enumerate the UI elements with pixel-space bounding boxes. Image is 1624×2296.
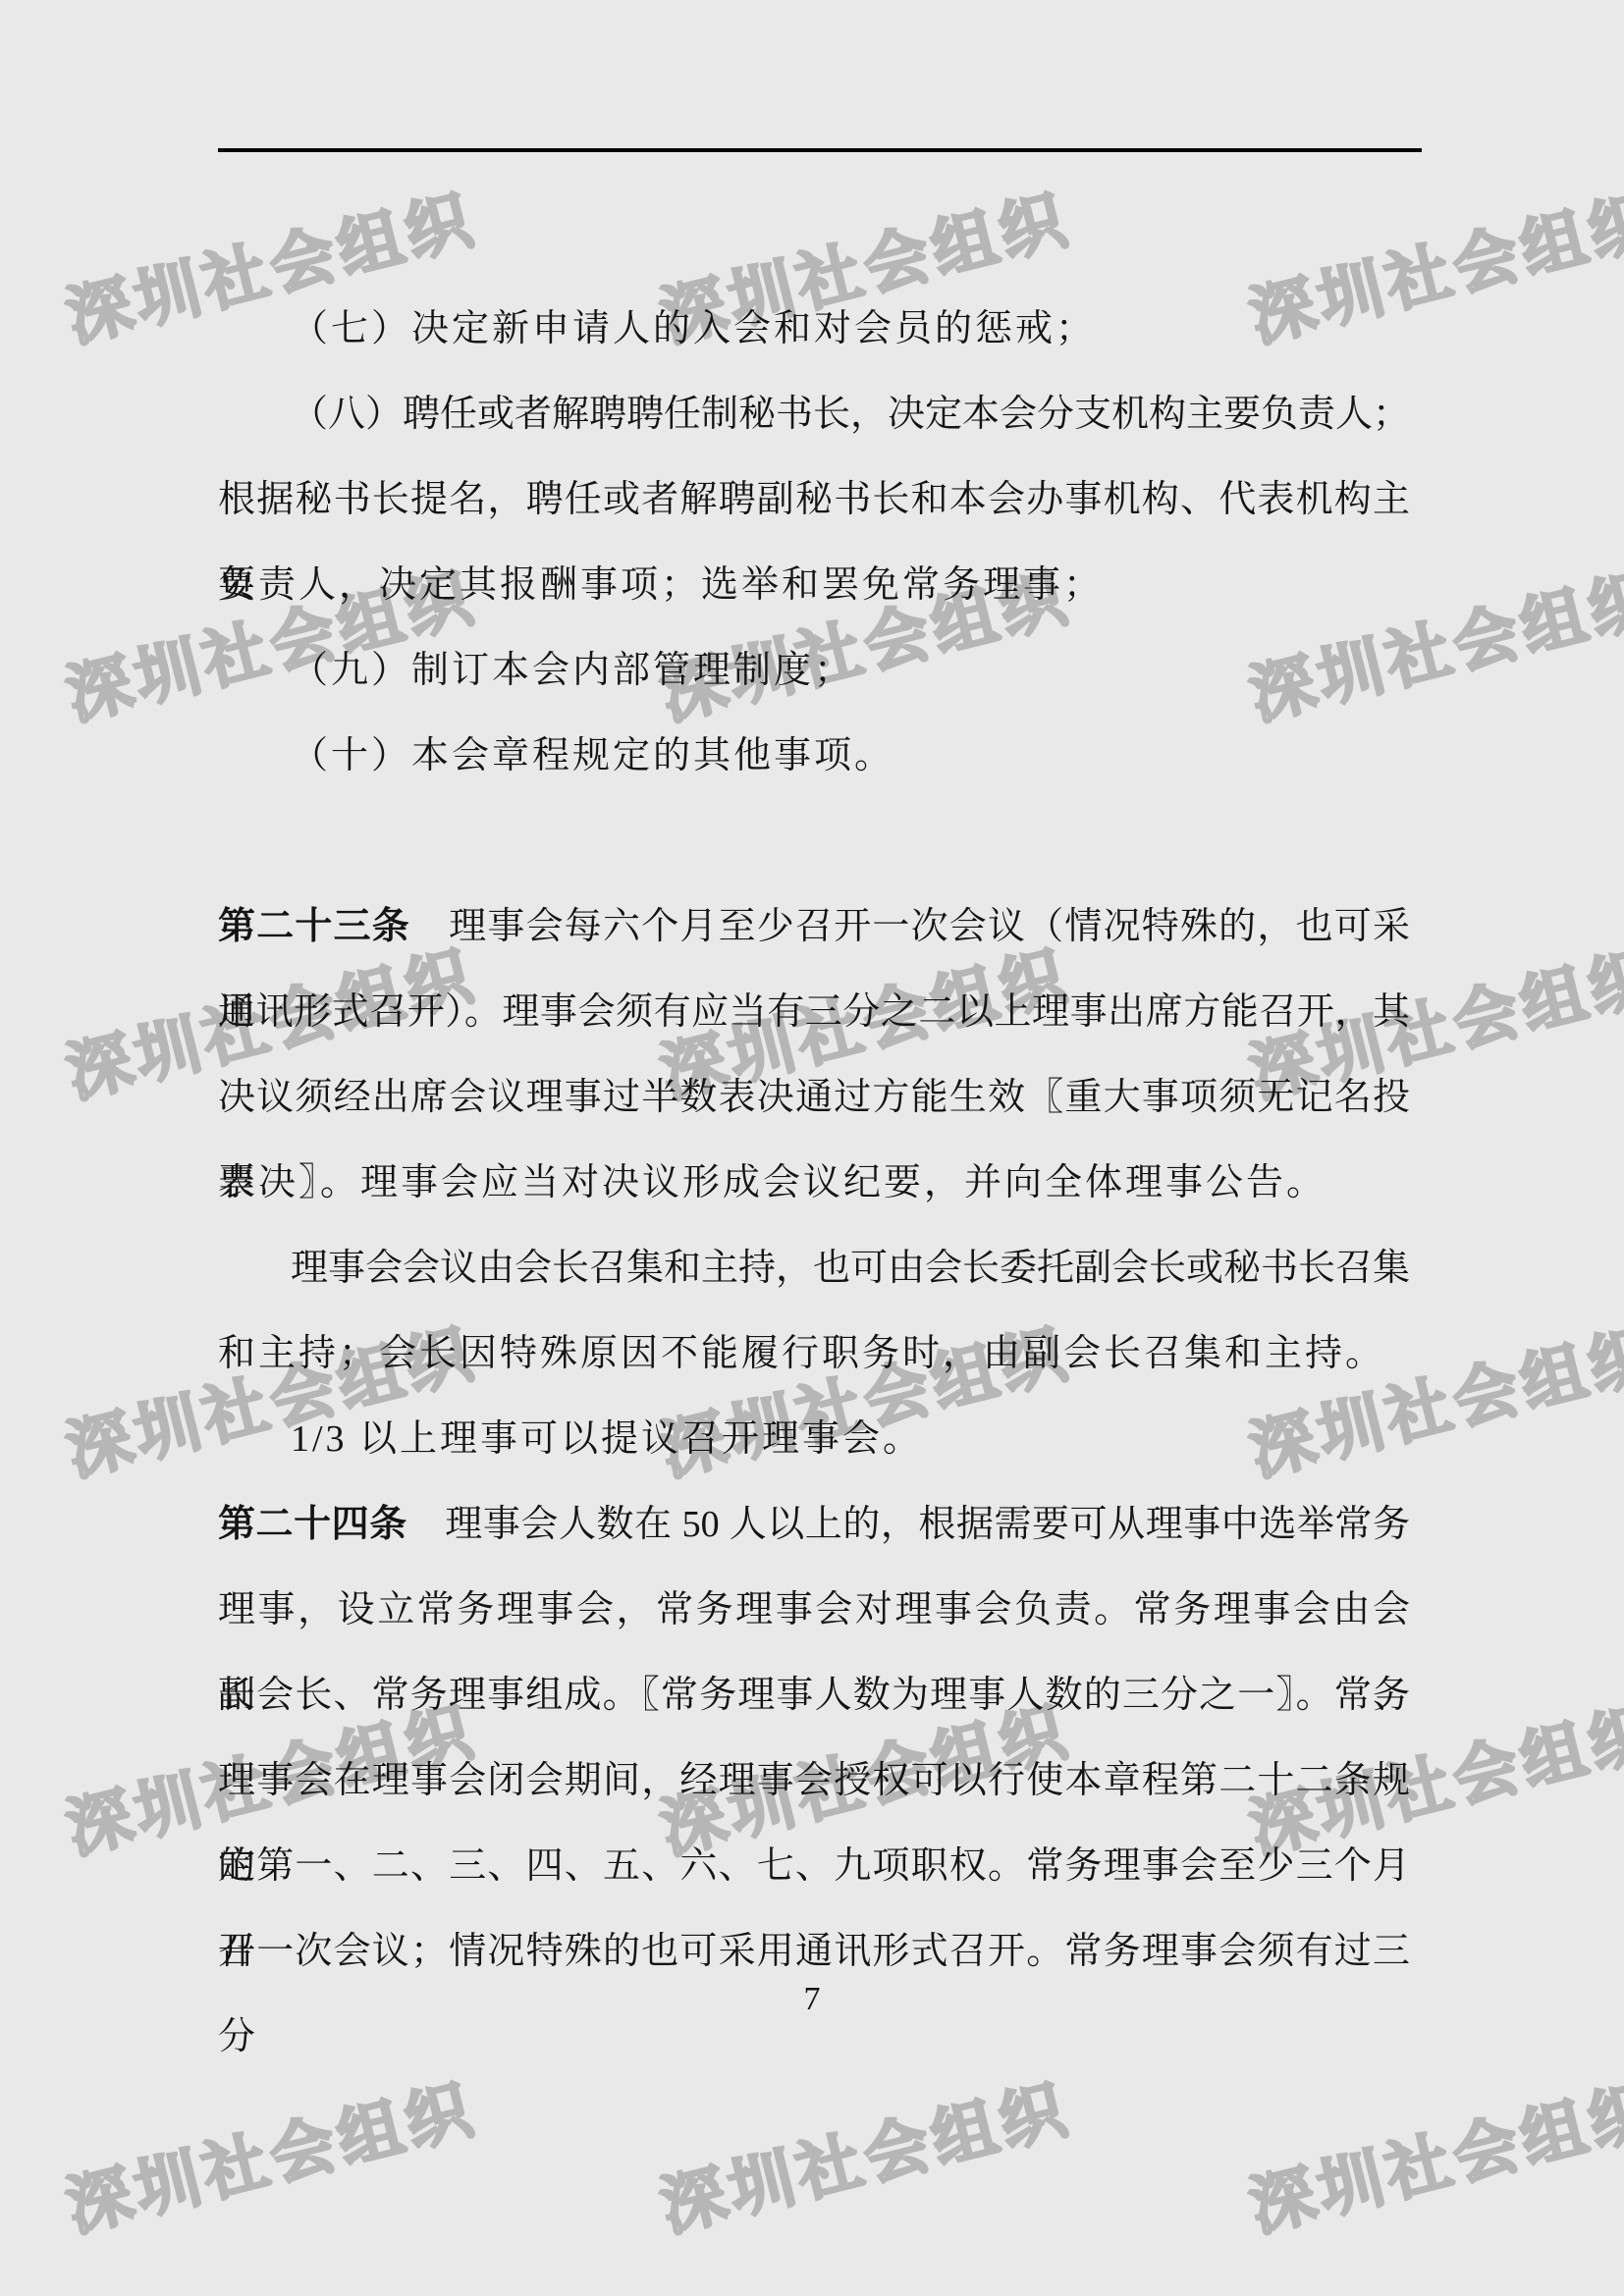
text-line: 根据秘书长提名，聘任或者解聘副秘书长和本会办事机构、代表机构主要 — [218, 457, 1410, 543]
text-line: 表决〗。理事会应当对决议形成会议纪要，并向全体理事公告。 — [218, 1141, 1410, 1226]
text-line: 和主持；会长因特殊原因不能履行职务时，由副会长召集和主持。 — [218, 1311, 1410, 1397]
header-rule — [218, 148, 1422, 152]
text-line: （七）决定新申请人的入会和对会员的惩戒； — [218, 287, 1410, 372]
text-line: 理事会在理事会闭会期间，经理事会授权可以行使本章程第二十二条规定 — [218, 1738, 1410, 1824]
text-line: 1/3 以上理事可以提议召开理事会。 — [218, 1397, 1410, 1482]
watermark: 深圳社会组织 — [1239, 2056, 1624, 2248]
watermark: 深圳社会组织 — [56, 2056, 484, 2248]
text-line: 通讯形式召开）。理事会须有应当有三分之二以上理事出席方能召开，其 — [218, 970, 1410, 1055]
text-line: 副会长、常务理事组成。〖常务理事人数为理事人数的三分之一〗。常务 — [218, 1653, 1410, 1738]
text-line: （十）本会章程规定的其他事项。 — [218, 714, 1410, 799]
text-line: （九）制订本会内部管理制度； — [218, 628, 1410, 714]
document-page: 深圳社会组织深圳社会组织深圳社会组织深圳社会组织深圳社会组织深圳社会组织深圳社会… — [0, 0, 1624, 2296]
blank-line — [218, 799, 1410, 884]
text-line: 的第一、二、三、四、五、六、七、九项职权。常务理事会至少三个月召 — [218, 1824, 1410, 1909]
text-line: 理事会会议由会长召集和主持，也可由会长委托副会长或秘书长召集 — [218, 1226, 1410, 1311]
text-line: 第二十四条 理事会人数在 50 人以上的，根据需要可从理事中选举常务 — [218, 1482, 1410, 1568]
article-number: 第二十四条 — [218, 1504, 407, 1545]
text-line: 负责人，决定其报酬事项；选举和罢免常务理事； — [218, 543, 1410, 628]
page-number: 7 — [0, 1981, 1624, 2018]
text-line: 理事，设立常务理事会，常务理事会对理事会负责。常务理事会由会长、 — [218, 1568, 1410, 1653]
text-line: 决议须经出席会议理事过半数表决通过方能生效〖重大事项须无记名投票 — [218, 1055, 1410, 1141]
watermark: 深圳社会组织 — [650, 2056, 1078, 2248]
text-line: 第二十三条 理事会每六个月至少召开一次会议（情况特殊的，也可采用 — [218, 884, 1410, 970]
article-number: 第二十三条 — [218, 906, 410, 947]
document-body: （七）决定新申请人的入会和对会员的惩戒；（八）聘任或者解聘聘任制秘书长，决定本会… — [218, 287, 1410, 1995]
text-line: （八）聘任或者解聘聘任制秘书长，决定本会分支机构主要负责人； — [218, 372, 1410, 457]
